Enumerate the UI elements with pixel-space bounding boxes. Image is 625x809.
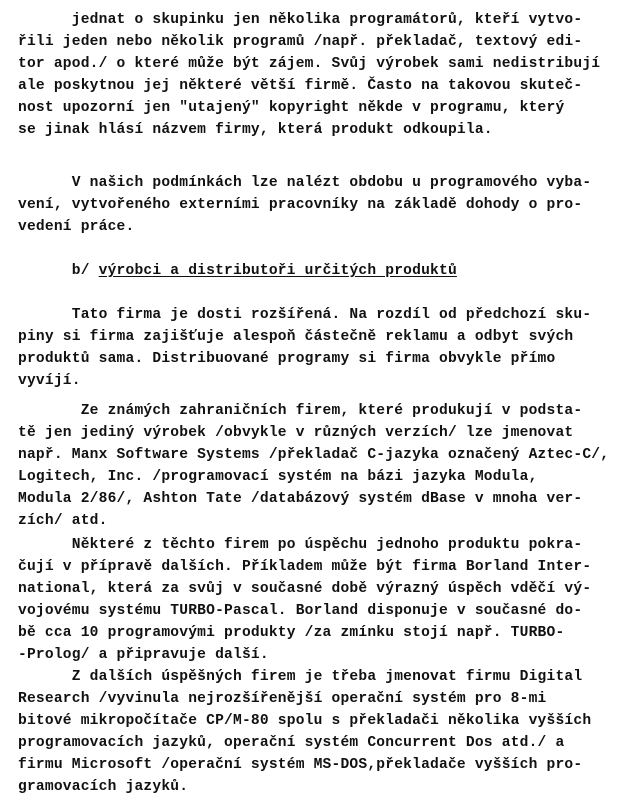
- text-line: nost upozorní jen "utajený" kopyright ně…: [18, 100, 564, 116]
- text-line: Tato firma je dosti rozšířená. Na rozdíl…: [18, 307, 591, 323]
- heading-prefix: b/: [18, 263, 99, 279]
- text-line: vení, vytvořeného externími pracovníky n…: [18, 197, 582, 213]
- text-line: bě cca 10 programovými produkty /za zmín…: [18, 625, 564, 641]
- text-line: tor apod./ o které může být zájem. Svůj …: [18, 56, 600, 72]
- text-line: vedení práce.: [18, 219, 134, 235]
- text-line: vojovému systému TURBO-Pascal. Borland d…: [18, 603, 582, 619]
- text-line: tě jen jediný výrobek /obvykle v různých…: [18, 425, 573, 441]
- text-line: bitové mikropočítače CP/M-80 spolu s pře…: [18, 713, 591, 729]
- text-line: čují v přípravě dalších. Příkladem může …: [18, 559, 591, 575]
- text-line: national, která za svůj v současné době …: [18, 581, 591, 597]
- text-line: Ze známých zahraničních firem, které pro…: [18, 403, 582, 419]
- text-line: produktů sama. Distribuované programy si…: [18, 351, 555, 367]
- section-heading: b/ výrobci a distributoři určitých produ…: [18, 263, 457, 279]
- text-line: např. Manx Software Systems /překladač C…: [18, 447, 609, 463]
- text-line: vyvíjí.: [18, 373, 81, 389]
- text-line: programovacích jazyků, operační systém C…: [18, 735, 564, 751]
- text-line: gramovacích jazyků.: [18, 779, 188, 795]
- text-line: Research /vyvinula nejrozšířenější opera…: [18, 691, 547, 707]
- text-line: piny si firma zajišťuje alespoň částečně…: [18, 329, 573, 345]
- text-line: -Prolog/ a připravuje další.: [18, 647, 269, 663]
- text-line: firmu Microsoft /operační systém MS-DOS,…: [18, 757, 582, 773]
- text-line: ale poskytnou jej některé větší firmě. Č…: [18, 78, 582, 94]
- text-line: Modula 2/86/, Ashton Tate /databázový sy…: [18, 491, 582, 507]
- typewritten-page: jednat o skupinku jen několika programát…: [0, 0, 625, 809]
- text-line: V našich podmínkách lze nalézt obdobu u …: [18, 175, 591, 191]
- text-line: jednat o skupinku jen několika programát…: [18, 12, 582, 28]
- text-line: Některé z těchto firem po úspěchu jednoh…: [18, 537, 582, 553]
- text-line: se jinak hlásí názvem firmy, která produ…: [18, 122, 493, 138]
- text-line: Logitech, Inc. /programovací systém na b…: [18, 469, 538, 485]
- text-line: zích/ atd.: [18, 513, 108, 529]
- heading-text: výrobci a distributoři určitých produktů: [99, 263, 457, 279]
- text-line: řili jeden nebo několik programů /např. …: [18, 34, 582, 50]
- text-line: Z dalších úspěšných firem je třeba jmeno…: [18, 669, 582, 685]
